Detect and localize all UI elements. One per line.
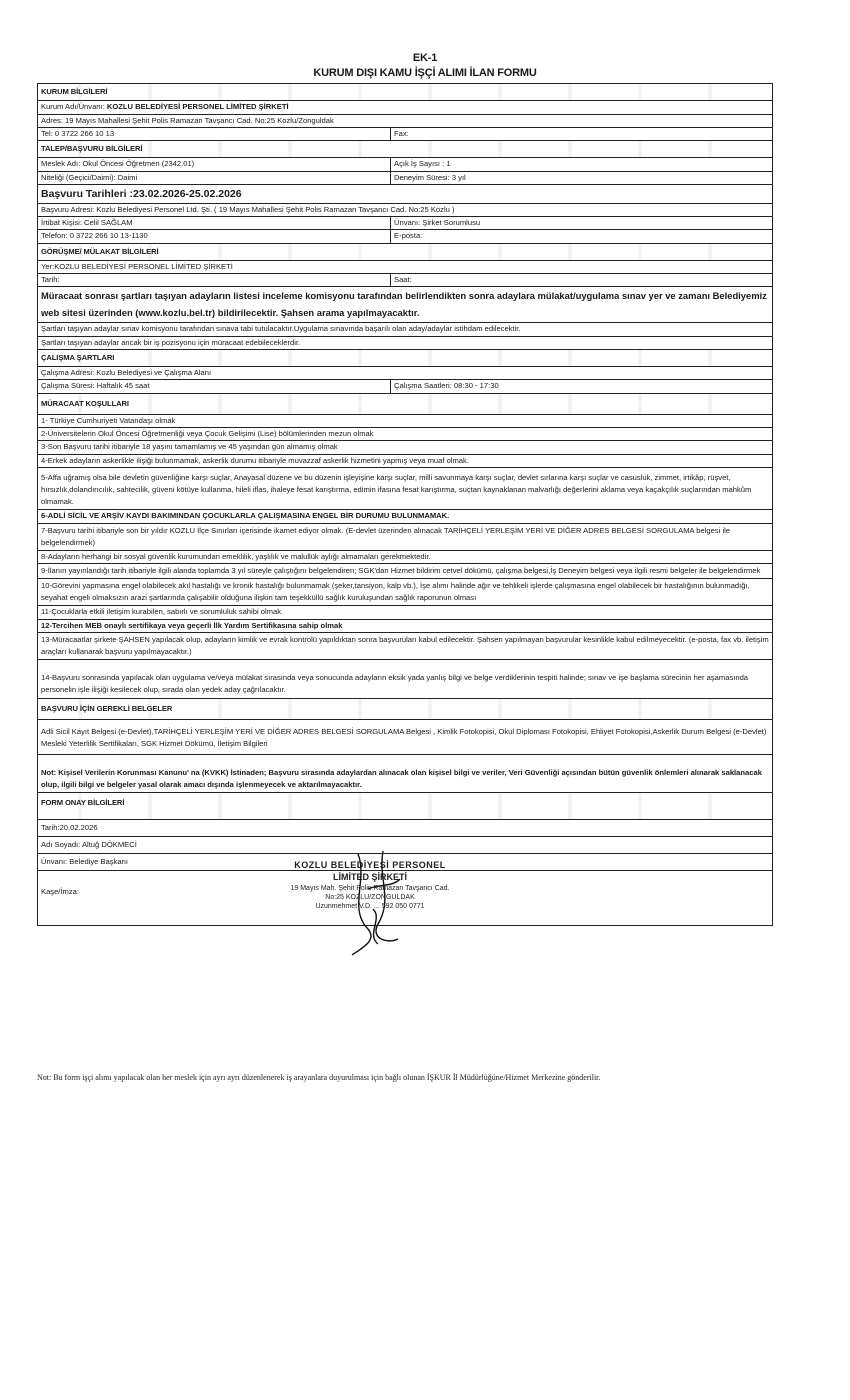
footer-note: Not: Bu form işçi alımı yapılacak olan h…	[37, 1072, 777, 1083]
application-address-row: Başvuru Adresi: Kozlu Belediyesi Persone…	[38, 204, 772, 217]
section-required-documents: BAŞVURU İÇİN GEREKLİ BELGELER	[38, 699, 772, 720]
interview-line-1: Şartları taşıyan adaylar sınav komisyonu…	[38, 323, 772, 335]
interview-place: Yer:KOZLU BELEDİYESİ PERSONEL LİMİTED Şİ…	[38, 261, 772, 273]
condition-item: 5-Affa uğramış olsa bile devletin güvenl…	[38, 468, 772, 510]
interview-line-2: Şartları taşıyan adaylar ancak bir iş po…	[38, 337, 772, 349]
interview-datetime-row: Tarih: Saat:	[38, 274, 772, 287]
section-interview: GÖRÜŞME/ MÜLAKAT BİLGİLERİ	[38, 244, 772, 261]
kvkk-note-row: Not: Kişisel Verilerin Korunması Kanunu'…	[38, 755, 772, 793]
application-dates: Başvuru Tarihleri :23.02.2026-25.02.2026	[38, 185, 772, 203]
condition-item: 6-ADLİ SİCİL VE ARŞİV KAYDI BAKIMINDAN Ç…	[38, 510, 772, 523]
contact-title: Ünvanı: Şirket Sorumlusu	[391, 217, 772, 229]
occupation-row: Meslek Adı: Okul Öncesi Öğretmen (2342.0…	[38, 158, 772, 171]
contact-person-row: İrtibat Kişisi: Celil SAĞLAM Ünvanı: Şir…	[38, 217, 772, 230]
interview-time: Saat:	[391, 274, 772, 286]
form-title: KURUM DIŞI KAMU İŞÇİ ALIMI İLAN FORMU	[0, 67, 850, 79]
stamp-signature-row: Kaşe/İmza: KOZLU BELEDİYESİ PERSONEL LİM…	[38, 871, 772, 925]
condition-item: 9-İlanın yayınlandığı tarih itibariyle i…	[38, 564, 772, 579]
nature-row: Niteliği (Geçici/Daimi): Daimi Deneyim S…	[38, 172, 772, 185]
condition-item: 13-Müracaatlar şirkete ŞAHSEN yapılacak …	[38, 633, 772, 660]
section-institution: KURUM BİLGİLERİ	[38, 84, 772, 101]
position-nature: Niteliği (Geçici/Daimi): Daimi	[38, 172, 391, 184]
section-form-approval: FORM ONAY BİLGİLERİ	[38, 793, 772, 819]
interview-notice-row: Müracaat sonrası şartları taşıyan adayla…	[38, 287, 772, 323]
kvkk-note: Not: Kişisel Verilerin Korunması Kanunu'…	[38, 755, 772, 792]
condition-item: 7-Başvuru tarihi itibariyle son bir yıld…	[38, 524, 772, 551]
job-posting-form: KURUM BİLGİLERİ Kurum Adı/Ünvanı: KOZLU …	[37, 83, 773, 926]
section-application-conditions: MÜRACAAT KOŞULLARI	[38, 394, 772, 415]
approval-date-row: Tarih:20.02.2026	[38, 820, 772, 837]
interview-place-row: Yer:KOZLU BELEDİYESİ PERSONEL LİMİTED Şİ…	[38, 261, 772, 274]
work-hours-row: Çalışma Süresi: Haftalık 45 saat Çalışma…	[38, 380, 772, 393]
section-request: TALEP/BAŞVURU BİLGİLERİ	[38, 141, 772, 158]
condition-item: 14-Başvuru sonrasında yapılacak olan uyg…	[38, 660, 772, 698]
phone-row: Telefon: 0 3722 266 10 13-1130 E-posta:	[38, 230, 772, 243]
company-stamp: KOZLU BELEDİYESİ PERSONEL LİMİTED ŞİRKET…	[270, 859, 470, 912]
approval-name-row: Adı Soyadı: Altuğ DÖKMECİ	[38, 837, 772, 854]
required-documents: Adli Sicil Kayıt Belgesi (e-Devlet),TARİ…	[38, 720, 772, 754]
institution-name-value: KOZLU BELEDİYESİ PERSONEL LİMİTED ŞİRKET…	[107, 102, 289, 111]
application-address: Başvuru Adresi: Kozlu Belediyesi Persone…	[38, 204, 772, 216]
institution-tel: Tel: 0 3722 266 10 13	[38, 128, 391, 140]
occupation: Meslek Adı: Okul Öncesi Öğretmen (2342.0…	[38, 158, 391, 170]
annex-label: EK-1	[0, 52, 850, 64]
condition-item: 10-Görevini yapmasına engel olabilecek a…	[38, 579, 772, 606]
institution-address-row: Adres: 19 Mayıs Mahallesi Şehit Polis Ra…	[38, 115, 772, 128]
institution-name-row: Kurum Adı/Ünvanı: KOZLU BELEDİYESİ PERSO…	[38, 101, 772, 114]
condition-item: 12-Tercihen MEB onaylı sertifikaya veya …	[38, 620, 772, 633]
condition-item: 2-Üniversitelerin Okul Öncesi Öğretmenli…	[38, 428, 772, 441]
contact-phone: Telefon: 0 3722 266 10 13-1130	[38, 230, 391, 242]
work-address: Çalışma Adresi: Kozlu Belediyesi ve Çalı…	[38, 367, 772, 379]
approval-name: Adı Soyadı: Altuğ DÖKMECİ	[38, 837, 772, 853]
interview-line1-row: Şartları taşıyan adaylar sınav komisyonu…	[38, 323, 772, 336]
required-documents-row: Adli Sicil Kayıt Belgesi (e-Devlet),TARİ…	[38, 720, 772, 755]
condition-item: 3-Son Başvuru tarihi itibariyle 18 yaşın…	[38, 441, 772, 454]
interview-date: Tarih:	[38, 274, 391, 286]
experience-duration: Deneyim Süresi: 3 yıl	[391, 172, 772, 184]
section-working-conditions: ÇALIŞMA ŞARTLARI	[38, 350, 772, 367]
contact-person: İrtibat Kişisi: Celil SAĞLAM	[38, 217, 391, 229]
condition-item: 1- Türkiye Cumhuriyeti Vatandaşı olmak	[38, 415, 772, 428]
application-dates-row: Başvuru Tarihleri :23.02.2026-25.02.2026	[38, 185, 772, 204]
condition-item: 11-Çocuklarla etkili iletişim kurabilen,…	[38, 606, 772, 619]
institution-contact-row: Tel: 0 3722 266 10 13 Fax:	[38, 128, 772, 141]
work-hours: Çalışma Saatleri: 08:30 - 17:30	[391, 380, 772, 392]
approval-date: Tarih:20.02.2026	[38, 820, 772, 836]
open-positions: Açık İş Sayısı : 1	[391, 158, 772, 170]
condition-item: 8-Adayların herhangi bir sosyal güvenlik…	[38, 551, 772, 564]
work-duration: Çalışma Süresi: Haftalık 45 saat	[38, 380, 391, 392]
interview-notice: Müracaat sonrası şartları taşıyan adayla…	[38, 287, 772, 322]
institution-fax: Fax:	[391, 128, 772, 140]
interview-line2-row: Şartları taşıyan adaylar ancak bir iş po…	[38, 337, 772, 350]
work-address-row: Çalışma Adresi: Kozlu Belediyesi ve Çalı…	[38, 367, 772, 380]
institution-address: Adres: 19 Mayıs Mahallesi Şehit Polis Ra…	[38, 115, 772, 127]
condition-item: 4-Erkek adayların askerlikle ilişiği bul…	[38, 455, 772, 468]
institution-name-label: Kurum Adı/Ünvanı:	[41, 102, 107, 111]
contact-email: E-posta:	[391, 230, 772, 242]
